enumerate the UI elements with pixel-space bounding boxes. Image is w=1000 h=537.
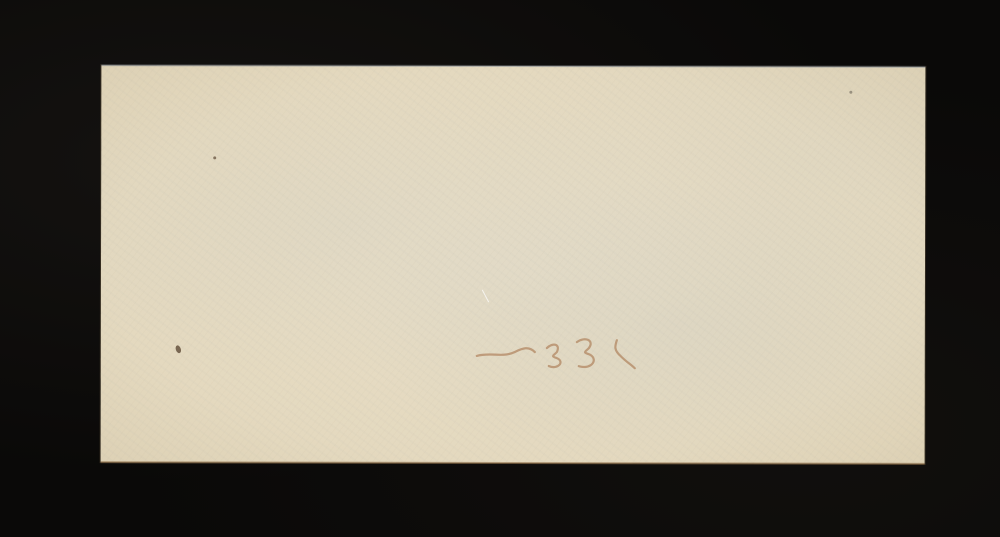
ink-speck <box>213 156 216 159</box>
ink-speck <box>849 91 852 94</box>
handwriting-strokes-icon <box>473 328 643 378</box>
paper-fiber <box>482 290 489 303</box>
ink-speck <box>175 345 182 354</box>
paper-top-edge <box>101 64 925 68</box>
paper-sheet: 133 <box>101 65 926 464</box>
handwritten-notation: 133 <box>473 328 643 378</box>
